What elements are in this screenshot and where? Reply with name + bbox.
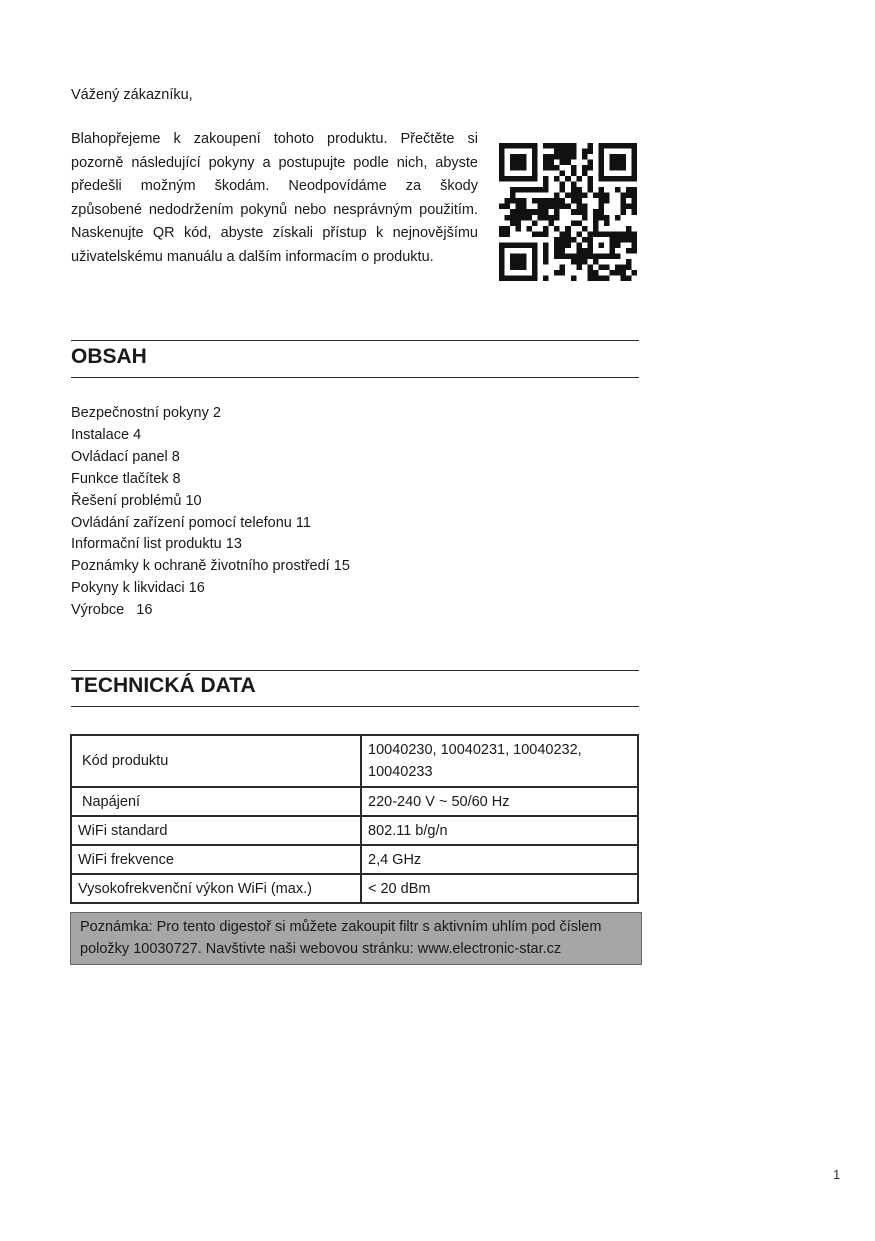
toc-item-label: Řešení problémů bbox=[71, 493, 181, 509]
toc-item-label: Instalace bbox=[71, 427, 129, 443]
toc-item-page: 8 bbox=[172, 449, 180, 465]
qr-code-icon bbox=[499, 143, 637, 281]
toc-item: Instalace 4 bbox=[71, 425, 350, 447]
tech-data-table: Kód produktu 10040230, 10040231, 1004023… bbox=[70, 734, 639, 904]
spec-key: WiFi standard bbox=[71, 816, 361, 845]
toc-item-label: Informační list produktu bbox=[71, 536, 222, 552]
spec-value: 10040230, 10040231, 10040232, 10040233 bbox=[361, 735, 638, 787]
spec-key: Vysokofrekvenční výkon WiFi (max.) bbox=[71, 874, 361, 903]
toc-item-page: 11 bbox=[296, 515, 311, 531]
toc-item-label: Výrobce bbox=[71, 602, 132, 618]
filter-note: Poznámka: Pro tento digestoř si můžete z… bbox=[70, 912, 642, 965]
spec-value: 220-240 V ~ 50/60 Hz bbox=[361, 787, 638, 816]
greeting: Vážený zákazníku, bbox=[71, 87, 193, 103]
toc-item-page: 10 bbox=[185, 493, 201, 509]
divider bbox=[71, 377, 639, 378]
toc-item-page: 2 bbox=[213, 405, 221, 421]
toc-item: Poznámky k ochraně životního prostředí 1… bbox=[71, 556, 350, 578]
page-number: 1 bbox=[833, 1167, 840, 1182]
table-row: Kód produktu 10040230, 10040231, 1004023… bbox=[71, 735, 638, 787]
toc-item: Výrobce 16 bbox=[71, 600, 350, 622]
toc-item: Pokyny k likvidaci 16 bbox=[71, 578, 350, 600]
toc-item-page: 4 bbox=[133, 427, 141, 443]
divider bbox=[71, 670, 639, 671]
toc-item: Řešení problémů 10 bbox=[71, 491, 350, 513]
toc-item-page: 16 bbox=[189, 580, 205, 596]
spec-value: < 20 dBm bbox=[361, 874, 638, 903]
table-row: WiFi standard 802.11 b/g/n bbox=[71, 816, 638, 845]
toc-item-page: 16 bbox=[136, 602, 152, 618]
spec-key: WiFi frekvence bbox=[71, 845, 361, 874]
spec-key: Kód produktu bbox=[71, 735, 361, 787]
table-row: WiFi frekvence 2,4 GHz bbox=[71, 845, 638, 874]
divider bbox=[71, 340, 639, 341]
toc-item: Funkce tlačítek 8 bbox=[71, 469, 350, 491]
toc-item: Ovládání zařízení pomocí telefonu 11 bbox=[71, 513, 350, 535]
toc-item-page: 8 bbox=[173, 471, 181, 487]
toc-item-page: 15 bbox=[334, 558, 350, 574]
toc-item: Ovládací panel 8 bbox=[71, 447, 350, 469]
table-row: Napájení 220-240 V ~ 50/60 Hz bbox=[71, 787, 638, 816]
toc-item: Informační list produktu 13 bbox=[71, 534, 350, 556]
spec-value: 2,4 GHz bbox=[361, 845, 638, 874]
toc-item-label: Poznámky k ochraně životního prostředí bbox=[71, 558, 330, 574]
table-row: Vysokofrekvenční výkon WiFi (max.) < 20 … bbox=[71, 874, 638, 903]
spec-value: 802.11 b/g/n bbox=[361, 816, 638, 845]
toc-title: OBSAH bbox=[71, 345, 147, 369]
table-of-contents: Bezpečnostní pokyny 2Instalace 4Ovládací… bbox=[71, 403, 350, 622]
tech-title: TECHNICKÁ DATA bbox=[71, 674, 256, 698]
toc-item-page: 13 bbox=[226, 536, 242, 552]
spec-key: Napájení bbox=[71, 787, 361, 816]
divider bbox=[71, 706, 639, 707]
toc-item-label: Funkce tlačítek bbox=[71, 471, 169, 487]
toc-item-label: Ovládací panel bbox=[71, 449, 168, 465]
toc-item-label: Ovládání zařízení pomocí telefonu bbox=[71, 515, 292, 531]
intro-text: Blahopřejeme k zakoupení tohoto produktu… bbox=[71, 128, 478, 269]
toc-item: Bezpečnostní pokyny 2 bbox=[71, 403, 350, 425]
intro-paragraph: Blahopřejeme k zakoupení tohoto produktu… bbox=[71, 128, 478, 269]
toc-item-label: Pokyny k likvidaci bbox=[71, 580, 185, 596]
toc-item-label: Bezpečnostní pokyny bbox=[71, 405, 209, 421]
